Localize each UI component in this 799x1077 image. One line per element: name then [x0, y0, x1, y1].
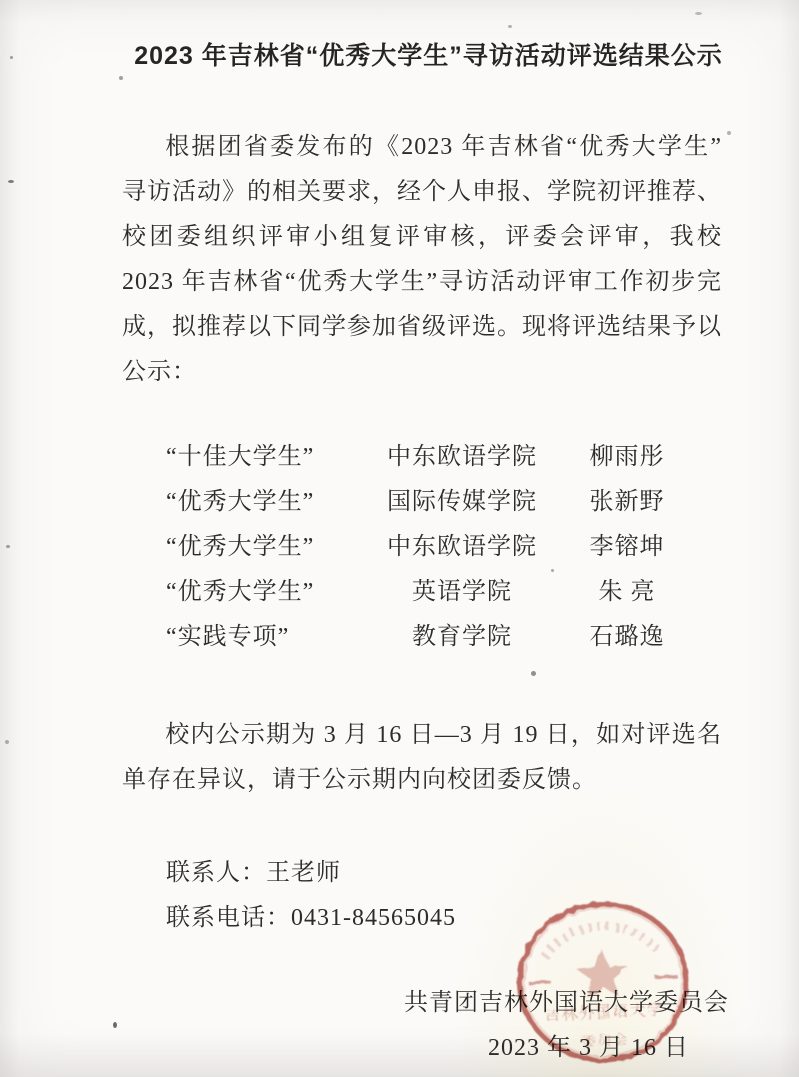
scan-speckle [113, 1022, 117, 1028]
result-row: “优秀大学生” 中东欧语学院 李镕坤 [166, 525, 722, 570]
college-name: 国际传媒学院 [362, 480, 562, 525]
award-label: “优秀大学生” [166, 570, 362, 615]
award-label: “十佳大学生” [166, 435, 362, 480]
notice-paragraph: 校内公示期为 3 月 16 日—3 月 19 日，如对评选名单存在异议，请于公示… [122, 713, 722, 803]
award-label: “优秀大学生” [166, 525, 362, 570]
result-row: “优秀大学生” 英语学院 朱 亮 [166, 570, 722, 615]
document-body: 根据团省委发布的《2023 年吉林省“优秀大学生”寻访活动》的相关要求，经个人申… [122, 125, 722, 941]
document-title: 2023 年吉林省“优秀大学生”寻访活动评选结果公示 [0, 0, 799, 72]
result-row: “十佳大学生” 中东欧语学院 柳雨彤 [166, 435, 722, 480]
contact-person: 联系人：王老师 [166, 851, 722, 896]
student-name: 朱 亮 [562, 570, 692, 615]
intro-paragraph: 根据团省委发布的《2023 年吉林省“优秀大学生”寻访活动》的相关要求，经个人申… [122, 125, 722, 395]
college-name: 中东欧语学院 [362, 435, 562, 480]
scan-speckle [119, 76, 123, 80]
issuer-signature: 共青团吉林外国语大学委员会 [0, 981, 799, 1026]
scan-speckle [10, 56, 13, 59]
contact-phone: 联系电话：0431-84565045 [166, 896, 722, 941]
scan-speckle [8, 180, 14, 183]
scan-speckle [5, 740, 9, 744]
college-name: 教育学院 [362, 615, 562, 660]
scan-speckle [6, 545, 10, 548]
scan-speckle [551, 569, 554, 572]
stamp-dash-right [655, 974, 677, 979]
signature-block: 共青团吉林外国语大学委员会 2023 年 3 月 16 日 [0, 981, 799, 1071]
result-row: “实践专项” 教育学院 石璐逸 [166, 615, 722, 660]
result-row: “优秀大学生” 国际传媒学院 张新野 [166, 480, 722, 525]
scan-speckle [695, 12, 702, 15]
results-list: “十佳大学生” 中东欧语学院 柳雨彤 “优秀大学生” 国际传媒学院 张新野 “优… [122, 435, 722, 660]
award-label: “实践专项” [166, 615, 362, 660]
scan-speckle [508, 25, 512, 28]
student-name: 柳雨彤 [562, 435, 692, 480]
college-name: 英语学院 [362, 570, 562, 615]
contact-block: 联系人：王老师 联系电话：0431-84565045 [122, 851, 722, 941]
college-name: 中东欧语学院 [362, 525, 562, 570]
issue-date: 2023 年 3 月 16 日 [0, 1026, 799, 1071]
document-page: 2023 年吉林省“优秀大学生”寻访活动评选结果公示 根据团省委发布的《2023… [0, 0, 799, 1077]
scan-speckle [727, 131, 731, 135]
scan-speckle [531, 671, 536, 676]
student-name: 石璐逸 [562, 615, 692, 660]
student-name: 张新野 [562, 480, 692, 525]
student-name: 李镕坤 [562, 525, 692, 570]
award-label: “优秀大学生” [166, 480, 362, 525]
